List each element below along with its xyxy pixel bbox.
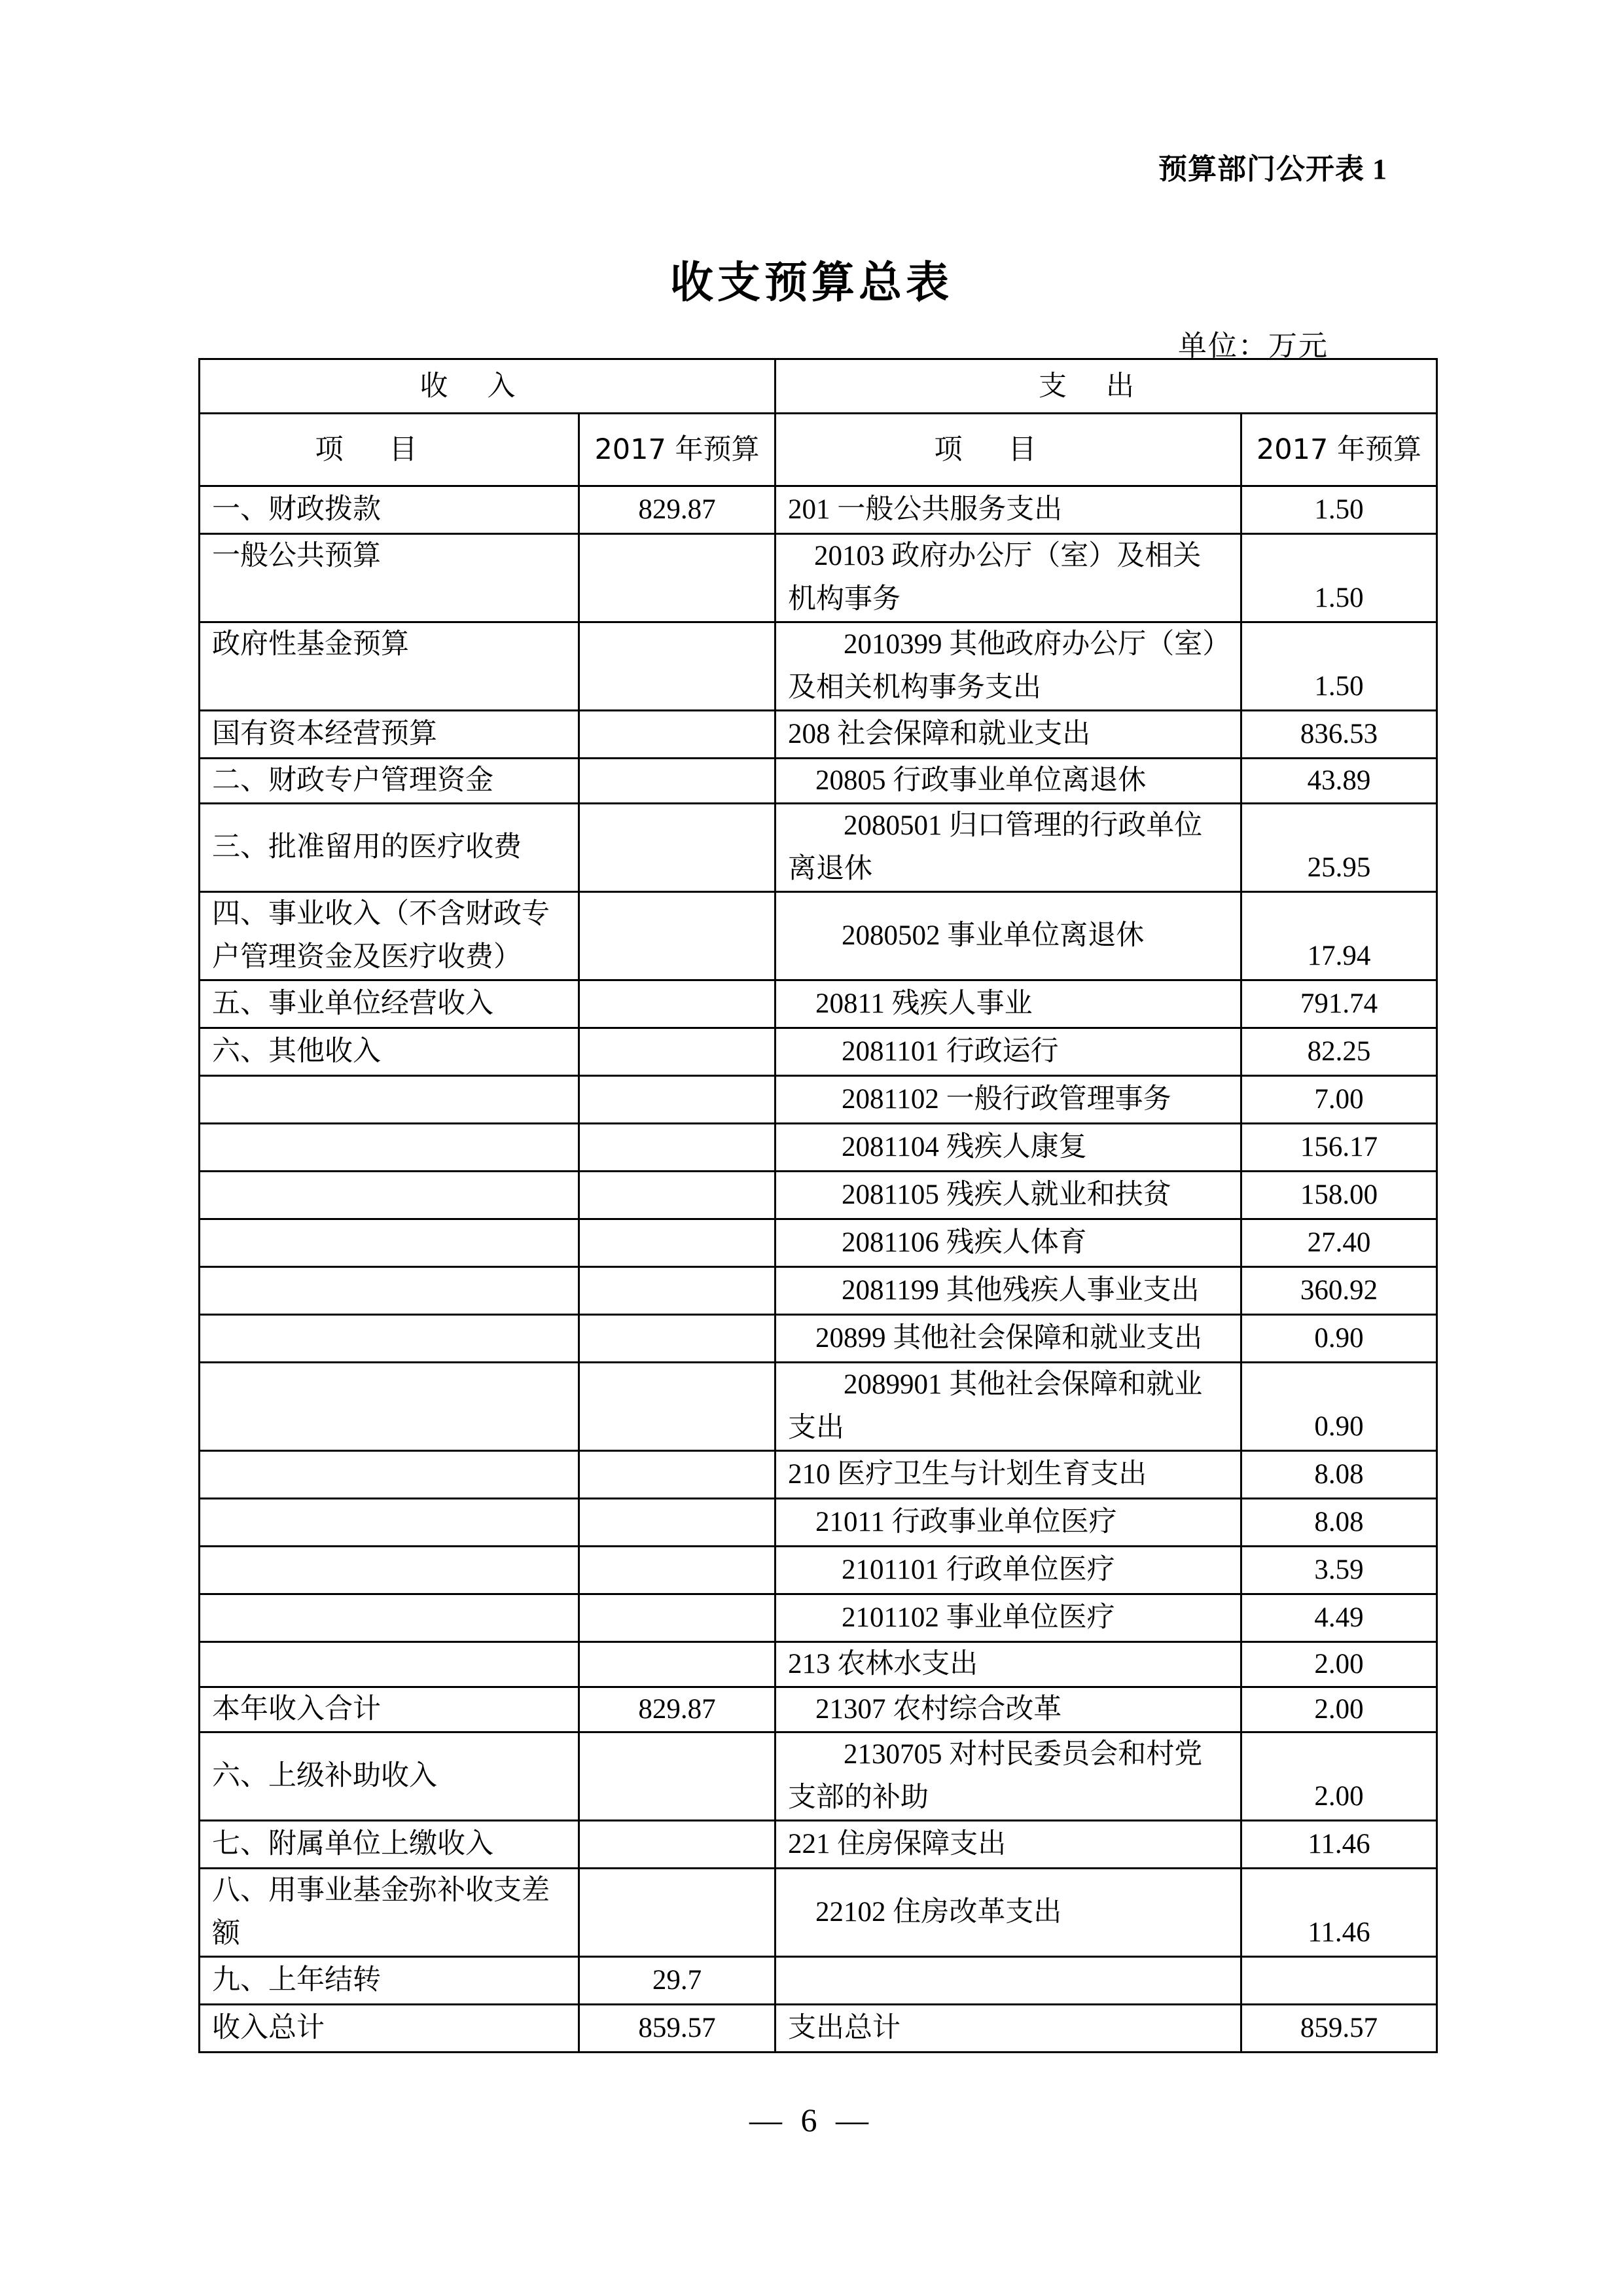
- income-item: 本年收入合计: [200, 1687, 579, 1732]
- expense-amount: 25.95: [1241, 804, 1437, 892]
- expense-item: 22102 住房改革支出: [776, 1869, 1241, 1957]
- expense-item: 20103 政府办公厅（室）及相关机构事务: [776, 534, 1241, 622]
- table-row: 四、事业收入（不含财政专户管理资金及医疗收费） 2080502 事业单位离退休 …: [200, 892, 1437, 980]
- income-amount: [579, 980, 776, 1028]
- expense-amount: 2.00: [1241, 1687, 1437, 1732]
- income-amount: [579, 1547, 776, 1594]
- expense-item: 20805 行政事业单位离退休: [776, 759, 1241, 804]
- expense-item: 208 社会保障和就业支出: [776, 711, 1241, 759]
- expense-amount: 2.00: [1241, 1732, 1437, 1821]
- income-amount: [579, 1821, 776, 1869]
- expense-item: 201 一般公共服务支出: [776, 486, 1241, 534]
- expense-total-label: 支出总计: [776, 2005, 1241, 2053]
- expense-item-header: 项目: [776, 414, 1241, 486]
- income-amount: [579, 1267, 776, 1315]
- income-item: [200, 1076, 579, 1124]
- income-item: 九、上年结转: [200, 1957, 579, 2005]
- page-title: 收支预算总表: [0, 247, 1623, 310]
- expense-amount: 11.46: [1241, 1869, 1437, 1957]
- income-item: [200, 1315, 579, 1363]
- table-row: 国有资本经营预算 208 社会保障和就业支出 836.53: [200, 711, 1437, 759]
- income-item: 三、批准留用的医疗收费: [200, 804, 579, 892]
- table-row: 八、用事业基金弥补收支差额 22102 住房改革支出 11.46: [200, 1869, 1437, 1957]
- expense-amount: [1241, 1957, 1437, 2005]
- income-amount: 829.87: [579, 1687, 776, 1732]
- expense-item: 2081102 一般行政管理事务: [776, 1076, 1241, 1124]
- expense-amount: 1.50: [1241, 486, 1437, 534]
- income-item: 二、财政专户管理资金: [200, 759, 579, 804]
- expense-item: 2081105 残疾人就业和扶贫: [776, 1172, 1241, 1219]
- income-item: [200, 1124, 579, 1172]
- income-amount: [579, 1869, 776, 1957]
- income-item: [200, 1172, 579, 1219]
- table-row: 20899 其他社会保障和就业支出 0.90: [200, 1315, 1437, 1363]
- income-item: 四、事业收入（不含财政专户管理资金及医疗收费）: [200, 892, 579, 980]
- table-row: 213 农林水支出 2.00: [200, 1642, 1437, 1687]
- table-row: 2101102 事业单位医疗 4.49: [200, 1594, 1437, 1642]
- table-row: 三、批准留用的医疗收费 2080501 归口管理的行政单位离退休 25.95: [200, 804, 1437, 892]
- table-row: 五、事业单位经营收入 20811 残疾人事业 791.74: [200, 980, 1437, 1028]
- expense-amount: 82.25: [1241, 1028, 1437, 1076]
- expense-item: 2080501 归口管理的行政单位离退休: [776, 804, 1241, 892]
- expense-amount: 791.74: [1241, 980, 1437, 1028]
- expense-amount-header: 2017 年预算: [1241, 414, 1437, 486]
- table-row: 2081104 残疾人康复 156.17: [200, 1124, 1437, 1172]
- expense-amount: 2.00: [1241, 1642, 1437, 1687]
- table-row: 2101101 行政单位医疗 3.59: [200, 1547, 1437, 1594]
- income-item: 一般公共预算: [200, 534, 579, 622]
- page-number: — 6 —: [0, 2101, 1623, 2139]
- income-item: 六、上级补助收入: [200, 1732, 579, 1821]
- expense-amount: 0.90: [1241, 1363, 1437, 1451]
- income-amount: [579, 1732, 776, 1821]
- expense-amount: 27.40: [1241, 1219, 1437, 1267]
- income-item: 八、用事业基金弥补收支差额: [200, 1869, 579, 1957]
- column-header-row: 项目 2017 年预算 项目 2017 年预算: [200, 414, 1437, 486]
- expense-item: 2080502 事业单位离退休: [776, 892, 1241, 980]
- expense-amount: 1.50: [1241, 534, 1437, 622]
- income-item-header: 项目: [200, 414, 579, 486]
- table-row: 一般公共预算 20103 政府办公厅（室）及相关机构事务 1.50: [200, 534, 1437, 622]
- income-item: 国有资本经营预算: [200, 711, 579, 759]
- expense-total-amount: 859.57: [1241, 2005, 1437, 2053]
- expense-item: 2081101 行政运行: [776, 1028, 1241, 1076]
- income-item: [200, 1267, 579, 1315]
- table-row: 六、其他收入 2081101 行政运行 82.25: [200, 1028, 1437, 1076]
- income-item: 一、财政拨款: [200, 486, 579, 534]
- expense-item: 2081199 其他残疾人事业支出: [776, 1267, 1241, 1315]
- expense-amount: 7.00: [1241, 1076, 1437, 1124]
- expense-amount: 11.46: [1241, 1821, 1437, 1869]
- form-number: 预算部门公开表 1: [1113, 145, 1387, 187]
- income-amount: [579, 892, 776, 980]
- expense-item: 20899 其他社会保障和就业支出: [776, 1315, 1241, 1363]
- expense-amount: 1.50: [1241, 622, 1437, 711]
- income-amount: [579, 1076, 776, 1124]
- income-amount: [579, 1451, 776, 1499]
- expense-amount: 360.92: [1241, 1267, 1437, 1315]
- income-amount: [579, 1499, 776, 1547]
- expense-amount: 0.90: [1241, 1315, 1437, 1363]
- expense-item: 221 住房保障支出: [776, 1821, 1241, 1869]
- income-item: 五、事业单位经营收入: [200, 980, 579, 1028]
- income-amount: [579, 1315, 776, 1363]
- expense-amount: 8.08: [1241, 1499, 1437, 1547]
- income-item: 六、其他收入: [200, 1028, 579, 1076]
- income-amount: [579, 1172, 776, 1219]
- expense-item: 2130705 对村民委员会和村党支部的补助: [776, 1732, 1241, 1821]
- table-row: 六、上级补助收入 2130705 对村民委员会和村党支部的补助 2.00: [200, 1732, 1437, 1821]
- expense-amount: 4.49: [1241, 1594, 1437, 1642]
- income-group-header: 收入: [200, 359, 776, 414]
- expense-item: 213 农林水支出: [776, 1642, 1241, 1687]
- income-item: [200, 1451, 579, 1499]
- expense-item: 20811 残疾人事业: [776, 980, 1241, 1028]
- expense-item: [776, 1957, 1241, 2005]
- table-row: 2089901 其他社会保障和就业支出 0.90: [200, 1363, 1437, 1451]
- income-amount: 29.7: [579, 1957, 776, 2005]
- expense-item: 210 医疗卫生与计划生育支出: [776, 1451, 1241, 1499]
- income-item: 政府性基金预算: [200, 622, 579, 711]
- expense-item: 2101102 事业单位医疗: [776, 1594, 1241, 1642]
- expense-amount: 158.00: [1241, 1172, 1437, 1219]
- table-row: 本年收入合计 829.87 21307 农村综合改革 2.00: [200, 1687, 1437, 1732]
- income-amount: [579, 534, 776, 622]
- income-amount: [579, 759, 776, 804]
- table-row: 2081102 一般行政管理事务 7.00: [200, 1076, 1437, 1124]
- income-amount: [579, 1124, 776, 1172]
- expense-amount: 3.59: [1241, 1547, 1437, 1594]
- table-row: 2081106 残疾人体育 27.40: [200, 1219, 1437, 1267]
- table-row: 一、财政拨款 829.87 201 一般公共服务支出 1.50: [200, 486, 1437, 534]
- income-amount: [579, 711, 776, 759]
- table-row: 二、财政专户管理资金 20805 行政事业单位离退休 43.89: [200, 759, 1437, 804]
- income-amount: [579, 1642, 776, 1687]
- expense-item: 21307 农村综合改革: [776, 1687, 1241, 1732]
- income-item: [200, 1499, 579, 1547]
- income-amount: [579, 1219, 776, 1267]
- expense-item: 2089901 其他社会保障和就业支出: [776, 1363, 1241, 1451]
- income-amount: [579, 804, 776, 892]
- expense-item: 2081106 残疾人体育: [776, 1219, 1241, 1267]
- income-amount-header: 2017 年预算: [579, 414, 776, 486]
- table-row: 2081105 残疾人就业和扶贫 158.00: [200, 1172, 1437, 1219]
- table-row: 2081199 其他残疾人事业支出 360.92: [200, 1267, 1437, 1315]
- table-row: 政府性基金预算 2010399 其他政府办公厅（室）及相关机构事务支出 1.50: [200, 622, 1437, 711]
- income-item: 七、附属单位上缴收入: [200, 1821, 579, 1869]
- expense-item: 2081104 残疾人康复: [776, 1124, 1241, 1172]
- income-amount: [579, 1028, 776, 1076]
- table-row: 21011 行政事业单位医疗 8.08: [200, 1499, 1437, 1547]
- expense-item: 2101101 行政单位医疗: [776, 1547, 1241, 1594]
- income-amount: 829.87: [579, 486, 776, 534]
- income-item: [200, 1547, 579, 1594]
- income-item: [200, 1219, 579, 1267]
- table-row: 七、附属单位上缴收入 221 住房保障支出 11.46: [200, 1821, 1437, 1869]
- income-amount: [579, 622, 776, 711]
- income-amount: [579, 1363, 776, 1451]
- table-row: 210 医疗卫生与计划生育支出 8.08: [200, 1451, 1437, 1499]
- income-total-amount: 859.57: [579, 2005, 776, 2053]
- total-row: 收入总计 859.57 支出总计 859.57: [200, 2005, 1437, 2053]
- group-header-row: 收入 支出: [200, 359, 1437, 414]
- income-item: [200, 1594, 579, 1642]
- expense-item: 21011 行政事业单位医疗: [776, 1499, 1241, 1547]
- expense-amount: 836.53: [1241, 711, 1437, 759]
- expense-amount: 8.08: [1241, 1451, 1437, 1499]
- income-item: [200, 1363, 579, 1451]
- table-row: 九、上年结转 29.7: [200, 1957, 1437, 2005]
- expense-amount: 17.94: [1241, 892, 1437, 980]
- expense-amount: 43.89: [1241, 759, 1437, 804]
- expense-amount: 156.17: [1241, 1124, 1437, 1172]
- income-total-label: 收入总计: [200, 2005, 579, 2053]
- expense-item: 2010399 其他政府办公厅（室）及相关机构事务支出: [776, 622, 1241, 711]
- expense-group-header: 支出: [776, 359, 1437, 414]
- income-amount: [579, 1594, 776, 1642]
- budget-summary-table: 收入 支出 项目 2017 年预算 项目 2017 年预算 一、财政拨款 829…: [198, 358, 1438, 2053]
- income-item: [200, 1642, 579, 1687]
